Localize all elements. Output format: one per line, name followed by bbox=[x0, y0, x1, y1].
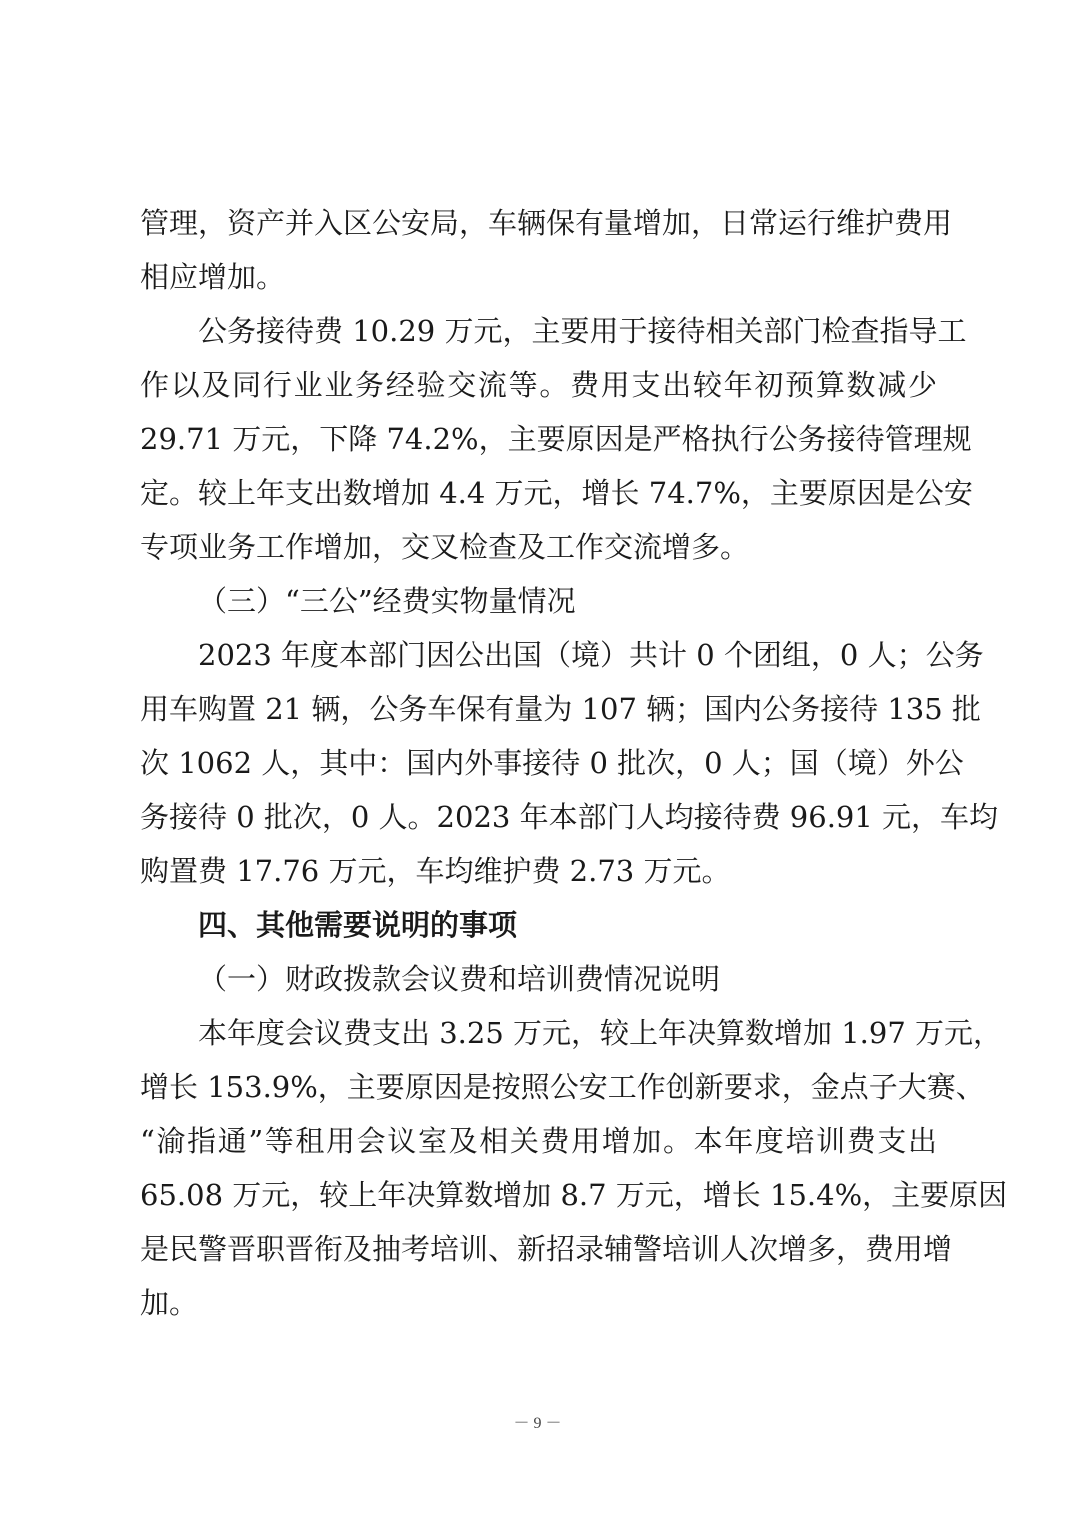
paragraph-line: 加。 bbox=[140, 1276, 937, 1330]
paragraph-line: 次 1062 人，其中：国内外事接待 0 批次，0 人；国（境）外公 bbox=[140, 736, 937, 790]
paragraph-line: 购置费 17.76 万元，车均维护费 2.73 万元。 bbox=[140, 844, 937, 898]
paragraph-line: 公务接待费 10.29 万元，主要用于接待相关部门检查指导工 bbox=[140, 304, 937, 358]
section-heading: 四、其他需要说明的事项 bbox=[140, 898, 937, 952]
paragraph-line: 29.71 万元，下降 74.2%，主要原因是严格执行公务接待管理规 bbox=[140, 412, 937, 466]
paragraph-line: 2023 年度本部门因公出国（境）共计 0 个团组，0 人；公务 bbox=[140, 628, 937, 682]
paragraph-line: 定。较上年支出数增加 4.4 万元，增长 74.7%，主要原因是公安 bbox=[140, 466, 937, 520]
paragraph-line: 相应增加。 bbox=[140, 250, 937, 304]
paragraph-line: 本年度会议费支出 3.25 万元，较上年决算数增加 1.97 万元， bbox=[140, 1006, 937, 1060]
section-subheading: （三）“三公”经费实物量情况 bbox=[140, 574, 937, 628]
paragraph-line: 务接待 0 批次，0 人。2023 年本部门人均接待费 96.91 元，车均 bbox=[140, 790, 937, 844]
paragraph-line: 作以及同行业业务经验交流等。费用支出较年初预算数减少 bbox=[140, 358, 937, 412]
paragraph-line: 管理，资产并入区公安局，车辆保有量增加，日常运行维护费用 bbox=[140, 196, 937, 250]
paragraph-line: 增长 153.9%，主要原因是按照公安工作创新要求，金点子大赛、 bbox=[140, 1060, 937, 1114]
page-number: － 9 － bbox=[0, 1410, 1075, 1433]
paragraph-line: 用车购置 21 辆，公务车保有量为 107 辆；国内公务接待 135 批 bbox=[140, 682, 937, 736]
paragraph-line: 是民警晋职晋衔及抽考培训、新招录辅警培训人次增多，费用增 bbox=[140, 1222, 937, 1276]
paragraph-line: “渝指通”等租用会议室及相关费用增加。本年度培训费支出 bbox=[140, 1114, 937, 1168]
section-subheading: （一）财政拨款会议费和培训费情况说明 bbox=[140, 952, 937, 1006]
paragraph-line: 专项业务工作增加，交叉检查及工作交流增多。 bbox=[140, 520, 937, 574]
document-page: 管理，资产并入区公安局，车辆保有量增加，日常运行维护费用 相应增加。 公务接待费… bbox=[140, 196, 937, 1330]
paragraph-line: 65.08 万元，较上年决算数增加 8.7 万元，增长 15.4%，主要原因 bbox=[140, 1168, 937, 1222]
